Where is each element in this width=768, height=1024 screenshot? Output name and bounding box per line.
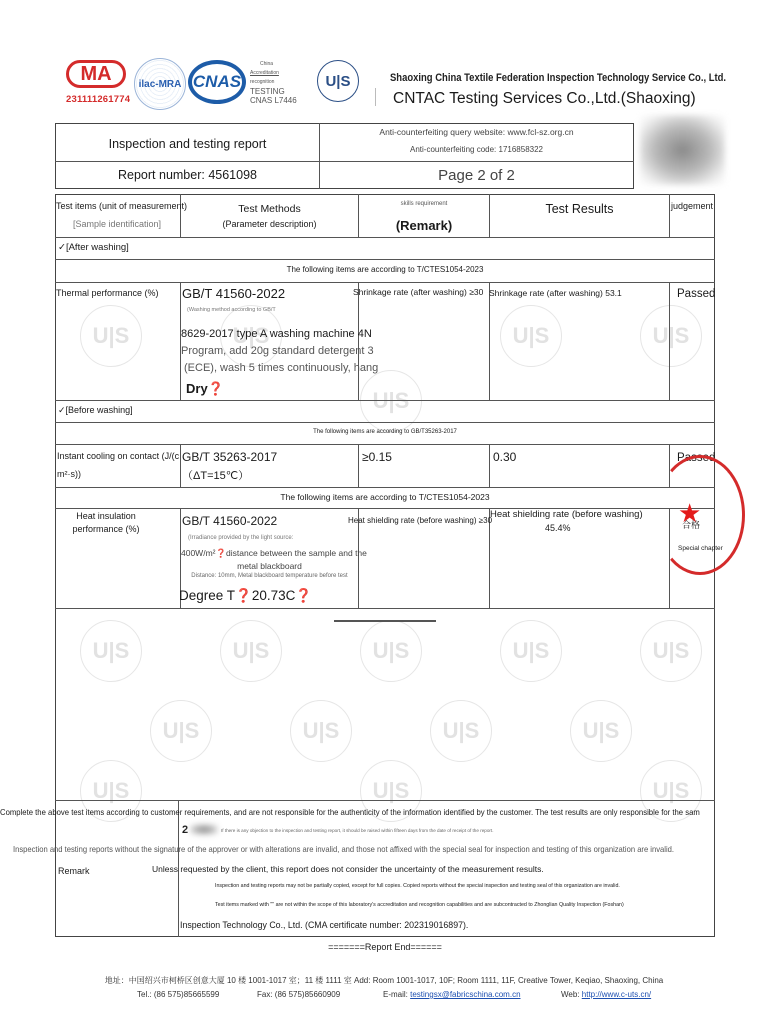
copy-note: Inspection and testing reports may not b…	[215, 883, 620, 889]
web-row: Web: http://www.c-uts.cn/	[561, 990, 651, 999]
remark-label: Remark	[58, 866, 90, 876]
header-judgement: judgement	[671, 201, 713, 211]
tel: Tel.: (86 575)85665599	[137, 990, 219, 999]
objection-note: If there is any objection to the inspect…	[221, 828, 493, 833]
results-table	[55, 194, 715, 937]
header-methods-sub: (Parameter description)	[181, 219, 358, 229]
subcontract-note: Test items marked with "" are not within…	[215, 902, 624, 908]
header-test-items: Test items (unit of measurement)	[56, 201, 187, 211]
redacted-qr-code	[640, 115, 725, 185]
report-number: Report number: 4561098	[56, 168, 319, 182]
section-label-before-washing: ✓[Before washing]	[58, 405, 133, 416]
anti-counterfeit-code: Anti-counterfeiting code: 1716858322	[320, 145, 633, 154]
address: 地址：中国绍兴市柯桥区创意大厦 10 楼 1001-1017 室；11 楼 11…	[0, 975, 768, 986]
signature-note: Inspection and testing reports without t…	[13, 845, 674, 854]
cnas-text: China Accreditation recognition TESTING …	[250, 60, 297, 105]
report-end: =======Report End======	[55, 942, 715, 952]
cma-logo: MA 231111261774	[66, 60, 128, 108]
customer-note: Complete the above test items according …	[0, 807, 700, 817]
redacted-text	[190, 824, 218, 835]
report-title: Inspection and testing report	[56, 137, 319, 151]
cnas-logo: CNAS	[188, 60, 248, 106]
cma-mark: MA	[66, 60, 126, 88]
uts-logo: U|S	[317, 60, 359, 102]
email-row: E-mail: testingsx@fabricschina.com.cn	[383, 990, 521, 999]
email-link[interactable]: testingsx@fabricschina.com.cn	[410, 990, 520, 999]
subcontract-note-cont: Inspection Technology Co., Ltd. (CMA cer…	[180, 920, 468, 930]
web-link[interactable]: http://www.c-uts.cn/	[582, 990, 651, 999]
company-name: Shaoxing China Textile Federation Inspec…	[390, 72, 726, 84]
standard-note: The following items are according to GB/…	[56, 429, 714, 435]
header-results: Test Results	[490, 202, 669, 216]
end-of-table-line	[334, 620, 436, 622]
cma-number: 231111261774	[66, 94, 128, 105]
seal-star-icon: ★	[678, 498, 701, 529]
header-requirement: (Remark)	[359, 218, 489, 233]
uncertainty-note: Unless requested by the client, this rep…	[152, 864, 544, 874]
standard-note: The following items are according to T/C…	[56, 492, 714, 502]
standard-note: The following items are according to T/C…	[56, 265, 714, 274]
page-indicator: Page 2 of 2	[320, 167, 633, 184]
judgement-passed: Passed	[677, 288, 715, 300]
ilac-mra-logo: ilac-MRA	[134, 58, 186, 110]
anti-counterfeit-website: Anti-counterfeiting query website: www.f…	[320, 127, 633, 137]
section-label-after-washing: ✓[After washing]	[58, 242, 129, 253]
fax: Fax: (86 575)85660909	[257, 990, 340, 999]
header-requirement-top: skills requirement	[359, 201, 489, 207]
header-methods: Test Methods	[181, 203, 358, 215]
divider	[375, 88, 376, 106]
company-name-short: CNTAC Testing Services Co.,Ltd.(Shaoxing…	[393, 90, 696, 108]
header-sample-id: [Sample identification]	[73, 219, 161, 229]
